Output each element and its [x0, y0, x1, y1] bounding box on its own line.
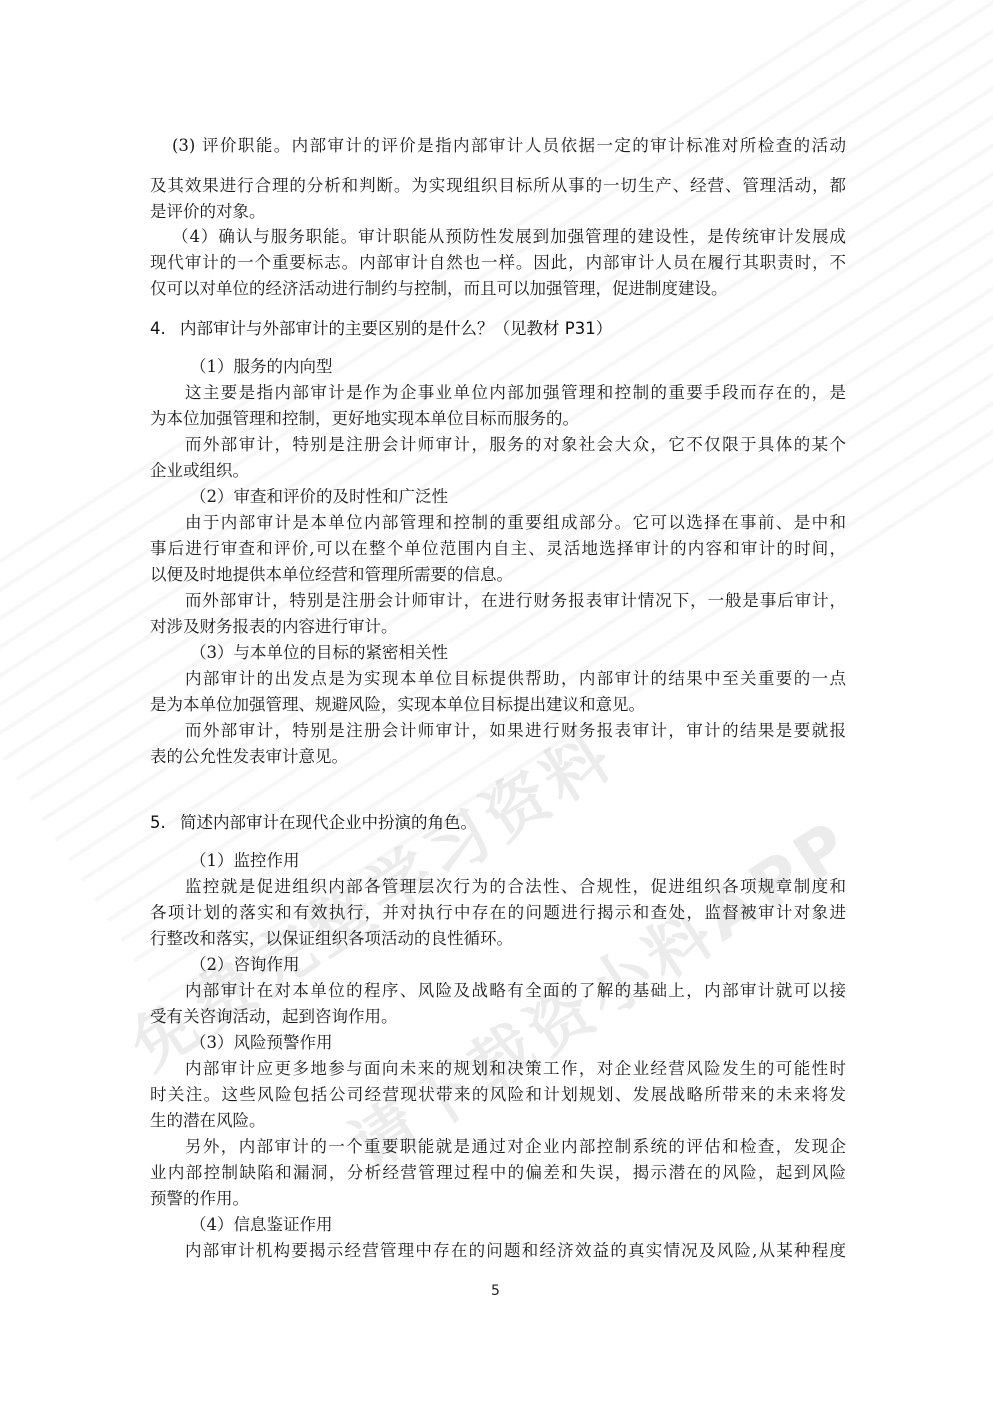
- subheading: （4）信息鉴证作用: [190, 1212, 886, 1238]
- paragraph-line: （4）确认与服务职能。审计职能从预防性发展到加强管理的建设性，是传统审计发展成: [172, 224, 846, 250]
- paragraph-line: 生的潜在风险。: [150, 1108, 846, 1134]
- paragraph-line: 企业或组织。: [150, 458, 846, 484]
- paragraph-line: 现代审计的一个重要标志。内部审计自然也一样。因此，内部审计人员在履行其职责时，不: [150, 250, 846, 276]
- paragraph-line: 监控就是促进组织内部各管理层次行为的合法性、合规性，促进组织各项规章制度和: [185, 874, 846, 900]
- subheading: （1）监控作用: [190, 848, 886, 874]
- subheading: （2）咨询作用: [190, 952, 886, 978]
- question-4-heading: 4.内部审计与外部审计的主要区别的是什么？（见教材 P31）: [150, 316, 612, 342]
- paragraph-line: 而外部审计，特别是注册会计师审计，如果进行财务报表审计，审计的结果是要就报: [185, 718, 846, 744]
- paragraph-line: 内部审计应更多地参与面向未来的规划和决策工作，对企业经营风险发生的可能性时: [185, 1056, 846, 1082]
- paragraph-line: 以便及时地提供本单位经营和管理所需要的信息。: [150, 562, 846, 588]
- paragraph-line: 这主要是指内部审计是作为企事业单位内部加强管理和控制的重要手段而存在的，是: [185, 380, 846, 406]
- paragraph-line: 受有关咨询活动，起到咨询作用。: [150, 1004, 846, 1030]
- document-page: (3) 评价职能。内部审计的评价是指内部审计人员依据一定的审计标准对所检查的活动…: [0, 0, 993, 1404]
- paragraph-line: 表的公允性发表审计意见。: [150, 744, 846, 770]
- paragraph-line: 而外部审计，特别是注册会计师审计，服务的对象社会大众，它不仅限于具体的某个: [185, 432, 846, 458]
- paragraph-line: 对涉及财务报表的内容进行审计。: [150, 614, 846, 640]
- paragraph-line: 及其效果进行合理的分析和判断。为实现组织目标所从事的一切生产、经营、管理活动，都: [150, 173, 846, 199]
- paragraph-line: 而外部审计，特别是注册会计师审计，在进行财务报表审计情况下，一般是事后审计，: [185, 588, 846, 614]
- question-number: 5.: [150, 810, 180, 836]
- paragraph-line: 由于内部审计是本单位内部管理和控制的重要组成部分。它可以选择在事前、是中和: [185, 510, 846, 536]
- paragraph-line: 内部审计的出发点是为实现本单位目标提供帮助，内部审计的结果中至关重要的一点: [185, 666, 846, 692]
- paragraph-line: (3) 评价职能。内部审计的评价是指内部审计人员依据一定的审计标准对所检查的活动: [172, 133, 846, 159]
- paragraph-line: 是为本单位加强管理、规避风险，实现本单位目标提出建议和意见。: [150, 692, 846, 718]
- question-title: 内部审计与外部审计的主要区别的是什么？（见教材 P31）: [180, 319, 612, 338]
- paragraph-line: 各项计划的落实和有效执行，并对执行中存在的问题进行揭示和查处，监督被审计对象进: [150, 900, 846, 926]
- question-number: 4.: [150, 316, 180, 342]
- question-title: 简述内部审计在现代企业中扮演的角色。: [180, 813, 477, 832]
- paragraph-line: 为本位加强管理和控制，更好地实现本单位目标而服务的。: [150, 406, 846, 432]
- paragraph-line: 另外，内部审计的一个重要职能就是通过对企业内部控制系统的评估和检查，发现企: [185, 1134, 846, 1160]
- paragraph-line: 仅可以对单位的经济活动进行制约与控制，而且可以加强管理，促进制度建设。: [150, 276, 846, 302]
- paragraph-line: 预警的作用。: [150, 1186, 846, 1212]
- question-5-heading: 5.简述内部审计在现代企业中扮演的角色。: [150, 810, 477, 836]
- paragraph-line: 业内部控制缺陷和漏洞，分析经营管理过程中的偏差和失误，揭示潜在的风险，起到风险: [150, 1160, 846, 1186]
- subheading: （2）审查和评价的及时性和广泛性: [190, 484, 886, 510]
- paragraph-line: 内部审计在对本单位的程序、风险及战略有全面的了解的基础上，内部审计就可以接: [185, 978, 846, 1004]
- paragraph-line: 是评价的对象。: [150, 199, 846, 225]
- subheading: （1）服务的内向型: [190, 354, 886, 380]
- page-number: 5: [491, 1283, 500, 1299]
- subheading: （3）风险预警作用: [190, 1030, 886, 1056]
- paragraph-line: 时关注。这些风险包括公司经营现状带来的风险和计划规划、发展战略所带来的未来将发: [150, 1082, 846, 1108]
- paragraph-line: 事后进行审查和评价,可以在整个单位范围内自主、灵活地选择审计的内容和审计的时间，: [150, 536, 846, 562]
- paragraph-line: 行整改和落实，以保证组织各项活动的良性循环。: [150, 926, 846, 952]
- subheading: （3）与本单位的目标的紧密相关性: [190, 640, 886, 666]
- paragraph-line: 内部审计机构要揭示经营管理中存在的问题和经济效益的真实情况及风险,从某种程度: [185, 1238, 846, 1264]
